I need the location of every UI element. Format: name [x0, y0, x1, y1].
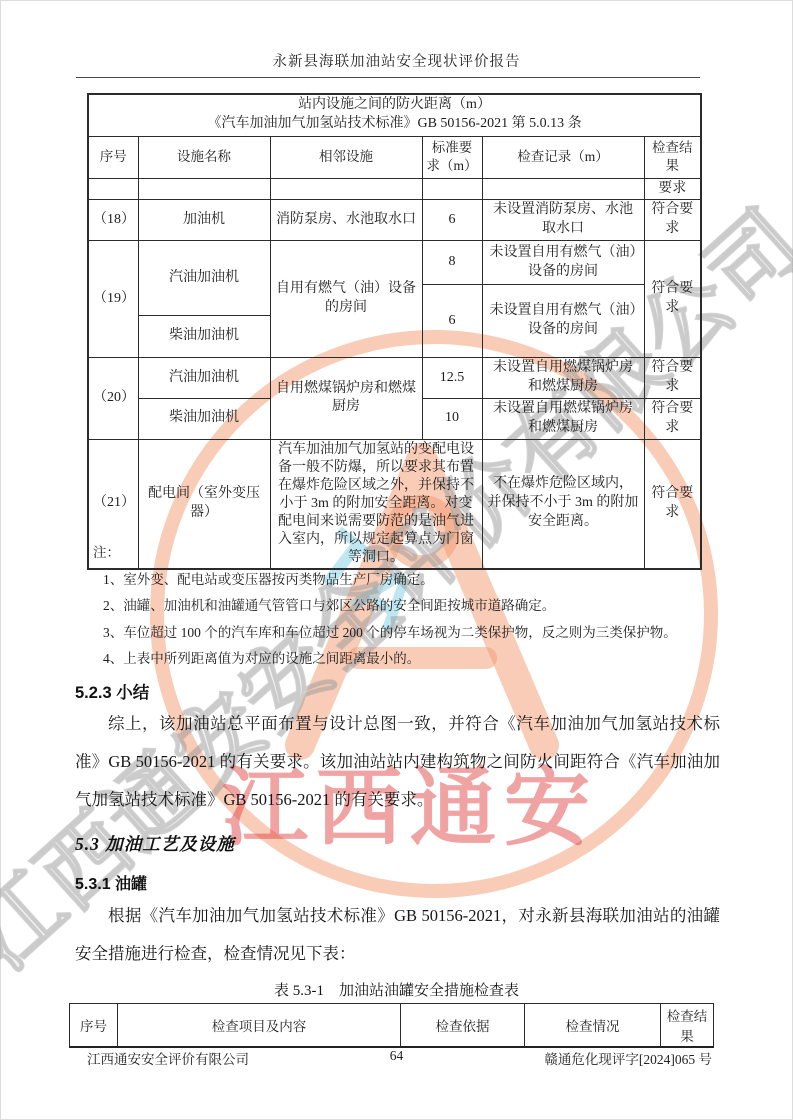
adjacent-cell: 自用有燃气（油）设备的房间 [270, 241, 422, 358]
standard-cell: 12.5 [422, 358, 482, 399]
fire-distance-table: 站内设施之间的防火距离（m） 《汽车加油加气加氢站技术标准》GB 50156-2… [87, 93, 702, 570]
empty-cell [88, 178, 138, 200]
tank-safety-table: 序号 检查项目及内容 检查依据 检查情况 检查结果 [69, 1003, 714, 1048]
section-paragraph-523: 综上，该加油站总平面布置与设计总图一致，并符合《汽车加油加气加氢站技术标准》GB… [75, 705, 720, 819]
section-paragraph-531: 根据《汽车加油加气加氢站技术标准》GB 50156-2021，对永新县海联加油站… [75, 897, 720, 973]
row-no: （20） [88, 358, 138, 440]
row-no: （19） [88, 241, 138, 358]
col-header-facility: 设施名称 [138, 136, 270, 178]
col-header-standard: 标准要求（m） [422, 136, 482, 178]
record-cell: 未设置自用有燃气（油）设备的房间 [482, 241, 644, 285]
result-cell: 符合要求 [644, 358, 701, 399]
empty-cell [422, 178, 482, 200]
facility-cell: 汽油加油机 [138, 241, 270, 316]
section-heading-523: 5.2.3 小结 [75, 679, 149, 703]
note-item-2: 2、油罐、加油机和油罐通气管管口与郊区公路的安全间距按城市道路确定。 [75, 593, 737, 620]
row-no: （18） [88, 200, 138, 241]
table-row: （19） 汽油加油机 自用有燃气（油）设备的房间 8 未设置自用有燃气（油）设备… [88, 241, 701, 285]
table-row: （20） 汽油加油机 自用燃煤锅炉房和燃煤厨房 12.5 未设置自用燃煤锅炉房和… [88, 358, 701, 399]
table-title-line2: 《汽车加油加气加氢站技术标准》GB 50156-2021 第 5.0.13 条 [93, 115, 696, 134]
tank-table-caption: 表 5.3-1 加油站油罐安全措施检查表 [0, 979, 793, 1000]
note-item-3: 3、车位超过 100 个的汽车库和车位超过 200 个的停车场视为二类保护物，反… [75, 620, 737, 647]
table-title-cell: 站内设施之间的防火距离（m） 《汽车加油加气加氢站技术标准》GB 50156-2… [88, 94, 701, 136]
facility-cell: 加油机 [138, 200, 270, 241]
report-header-title: 永新县海联加油站安全现状评价报告 [0, 50, 793, 71]
adjacent-cell: 消防泵房、水池取水口 [270, 200, 422, 241]
col-header-item: 检查项目及内容 [118, 1004, 401, 1048]
record-cell: 未设置自用有燃气（油）设备的房间 [482, 285, 644, 358]
table-notes: 注： 1、室外变、配电站或变压器按丙类物品生产厂房确定。 2、油罐、加油机和油罐… [75, 540, 737, 673]
page-content: 永新县海联加油站安全现状评价报告 站内设施之间的防火距离（m） 《汽车加油加气加… [0, 0, 793, 1120]
table-row: （18） 加油机 消防泵房、水池取水口 6 未设置消防泵房、水池取水口 符合要求 [88, 200, 701, 241]
col-header-basis: 检查依据 [401, 1004, 525, 1048]
standard-cell: 6 [422, 200, 482, 241]
record-cell: 未设置消防泵房、水池取水口 [482, 200, 644, 241]
table-header-row: 序号 检查项目及内容 检查依据 检查情况 检查结果 [70, 1004, 714, 1048]
facility-cell: 柴油加油机 [138, 398, 270, 439]
empty-cell [482, 178, 644, 200]
record-cell: 未设置自用燃煤锅炉房和燃煤厨房 [482, 358, 644, 399]
note-item-1: 1、室外变、配电站或变压器按丙类物品生产厂房确定。 [75, 567, 737, 594]
record-cell: 未设置自用燃煤锅炉房和燃煤厨房 [482, 398, 644, 439]
section-heading-53: 5.3 加油工艺及设施 [75, 831, 235, 856]
footer-doc-number: 赣通危化现评字[2024]065 号 [544, 1048, 712, 1068]
facility-cell: 柴油加油机 [138, 316, 270, 358]
report-page: TA 江西通安安全评价有限公司 江西通安 永新县海联加油站安全现状评价报告 站内… [0, 0, 793, 1120]
empty-cell [270, 178, 422, 200]
result-cell: 符合要求 [644, 200, 701, 241]
standard-cell: 6 [422, 285, 482, 358]
col-header-record: 检查记录（m） [482, 136, 644, 178]
notes-label: 注： [75, 540, 737, 567]
header-rule [76, 77, 700, 78]
stub-result-cell: 要求 [644, 178, 701, 200]
note-item-4: 4、上表中所列距离值为对应的设施之间距离最小的。 [75, 646, 737, 673]
result-cell: 符合要求 [644, 241, 701, 358]
table-title-line1: 站内设施之间的防火距离（m） [93, 96, 696, 115]
col-header-no: 序号 [88, 136, 138, 178]
col-header-result: 检查结果 [661, 1004, 714, 1048]
col-header-situation: 检查情况 [525, 1004, 661, 1048]
col-header-adjacent: 相邻设施 [270, 136, 422, 178]
section-heading-531: 5.3.1 油罐 [75, 871, 147, 894]
standard-cell: 8 [422, 241, 482, 285]
adjacent-cell: 自用燃煤锅炉房和燃煤厨房 [270, 358, 422, 440]
col-header-result: 检查结果 [644, 136, 701, 178]
empty-cell [138, 178, 270, 200]
facility-cell: 汽油加油机 [138, 358, 270, 399]
result-cell: 符合要求 [644, 398, 701, 439]
col-header-no: 序号 [70, 1004, 118, 1048]
standard-cell: 10 [422, 398, 482, 439]
